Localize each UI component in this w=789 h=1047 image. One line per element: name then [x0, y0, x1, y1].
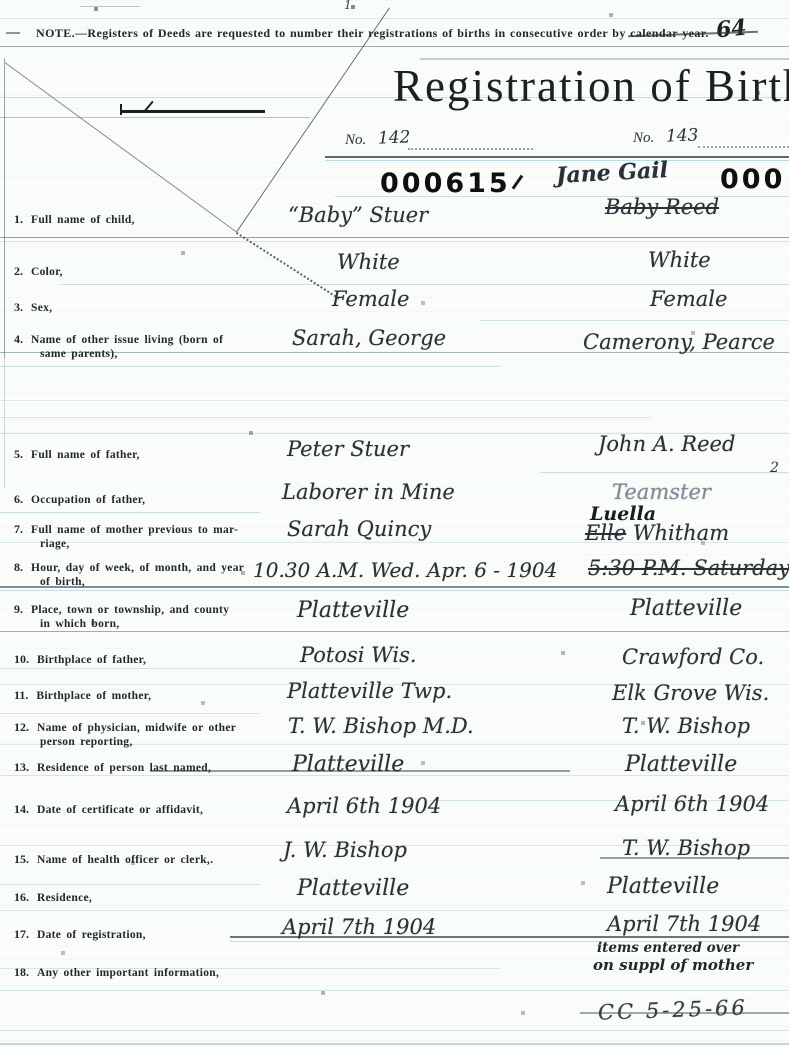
- scan-artifact: [325, 156, 789, 158]
- row-number: 7.: [14, 522, 23, 536]
- entry-other-issue-left: Sarah, George: [292, 326, 446, 350]
- row-label: Sex,: [31, 302, 52, 314]
- form-row-17: 17.Date of registration,: [14, 925, 276, 943]
- scan-artifact: [0, 910, 789, 911]
- entry-certificate-date-left: April 6th 1904: [287, 794, 441, 818]
- scan-specks: [0, 0, 2, 2]
- row-label: Color,: [31, 266, 63, 278]
- birth-registration-scan: 1 — NOTE.—Registers of Deeds are request…: [0, 0, 789, 1047]
- entry-birth-time-left: 10.30 A.M. Wed. Apr. 6 - 1904: [253, 558, 557, 582]
- row-label: Name of other issue living (born ofsame …: [14, 334, 276, 360]
- row-number: 12.: [14, 720, 29, 734]
- scan-artifact: [60, 284, 789, 285]
- form-row-11: 11.Birthplace of mother,: [14, 686, 276, 704]
- entry-mother-right: Elle Whitham: [585, 521, 729, 545]
- record-no-label-left: No.: [345, 132, 366, 149]
- row-label: Name of physician, midwife or otherperso…: [14, 722, 276, 748]
- handwritten-note-overlay: 64: [715, 14, 748, 43]
- entry-father-left: Peter Stuer: [287, 437, 409, 461]
- form-row-10: 10.Birthplace of father,: [14, 650, 276, 668]
- row-label: Date of registration,: [37, 929, 146, 941]
- row-number: 5.: [14, 447, 23, 461]
- entry-birthplace-right: Platteville: [630, 596, 742, 621]
- entry-physician-left: T. W. Bishop M.D.: [288, 714, 474, 738]
- scan-artifact: [0, 631, 789, 632]
- scan-artifact: [480, 320, 789, 321]
- pen-mark: [120, 110, 265, 113]
- entry-residence-named-left: Platteville: [292, 752, 404, 777]
- scan-artifact: [4, 58, 5, 358]
- entry-father-birthplace-left: Potosi Wis.: [300, 643, 417, 667]
- entry-health-officer-right: T. W. Bishop: [622, 836, 750, 860]
- entry-certificate-date-right: April 6th 1904: [615, 792, 769, 816]
- row-label: Residence of person last named,: [37, 762, 211, 774]
- entry-health-officer-left: J. W. Bishop: [283, 838, 407, 862]
- row-label: Place, town or township, and countyin wh…: [14, 604, 276, 630]
- form-row-13: 13.Residence of person last named,: [14, 758, 276, 776]
- row-number: 4.: [14, 332, 23, 346]
- row-number: 18.: [14, 965, 29, 979]
- note-dash: —: [6, 25, 20, 41]
- scan-artifact: [0, 366, 500, 367]
- form-row-15: 15.Name of health officer or clerk,.: [14, 850, 276, 868]
- scan-artifact: [325, 160, 789, 161]
- entry-occupation-right: Teamster: [612, 480, 711, 504]
- form-row-7: 7.Full name of mother previous to mar-ri…: [14, 520, 276, 550]
- entry-mother-birthplace-left: Platteville Twp.: [287, 679, 452, 703]
- row-label: Full name of mother previous to mar-riag…: [14, 524, 276, 550]
- scan-artifact: [540, 472, 789, 473]
- row-label: Residence,: [37, 892, 92, 904]
- row-label: Name of health officer or clerk,.: [37, 854, 213, 866]
- entry-occupation-left: Laborer in Mine: [282, 480, 455, 504]
- entry-father-birthplace-right: Crawford Co.: [622, 645, 764, 669]
- scan-artifact: [236, 7, 390, 231]
- form-row-3: 3.Sex,: [14, 298, 276, 316]
- form-row-12: 12.Name of physician, midwife or otherpe…: [14, 718, 276, 748]
- scan-artifact: [512, 175, 523, 190]
- entry-other-issue-right: Camerony, Pearce: [583, 330, 775, 354]
- record-no-right: 143: [666, 125, 699, 146]
- entry-child-name-left: “Baby” Stuer: [288, 203, 428, 227]
- entry-birth-time-right: 5:30 P.M. Saturday: [588, 556, 789, 580]
- entry-color-right: White: [648, 248, 711, 272]
- record-no-label-right: No.: [633, 130, 654, 147]
- entry-father-right: John A. Reed: [598, 432, 735, 456]
- form-row-1: 1.Full name of child,: [14, 210, 276, 228]
- archival-date-mark: CC 5-25-66: [598, 995, 749, 1024]
- form-row-9: 9.Place, town or township, and countyin …: [14, 600, 276, 630]
- entry-mother-birthplace-right: Elk Grove Wis.: [612, 681, 769, 705]
- serial-stamp-left: 000615: [380, 168, 511, 199]
- row-label: Any other important information,: [37, 967, 219, 979]
- form-row-18: 18.Any other important information,: [14, 963, 276, 981]
- scan-artifact: [0, 400, 789, 401]
- entry-registration-date-right: April 7th 1904: [607, 912, 761, 936]
- page-title: Registration of Births: [393, 60, 789, 112]
- row-label: Date of certificate or affidavit,: [37, 804, 203, 816]
- form-row-16: 16.Residence,: [14, 888, 276, 906]
- scan-artifact: [408, 147, 533, 150]
- form-row-5: 5.Full name of father,: [14, 445, 276, 463]
- scan-artifact: [0, 590, 789, 591]
- row-number: 1.: [14, 212, 23, 226]
- scan-artifact: [80, 6, 140, 7]
- scan-artifact: [0, 512, 260, 513]
- row-number: 16.: [14, 890, 29, 904]
- scan-artifact: [0, 241, 789, 242]
- entry-father-right-mark: 2: [770, 460, 779, 476]
- form-row-8: 8.Hour, day of week, of month, and yearo…: [14, 558, 276, 588]
- entry-residence-left: Platteville: [297, 876, 409, 901]
- entry-residence-right: Platteville: [607, 874, 719, 899]
- form-row-2: 2.Color,: [14, 262, 276, 280]
- scan-artifact: [0, 1043, 789, 1045]
- row-number: 17.: [14, 927, 29, 941]
- row-label: Hour, day of week, of month, and yearof …: [14, 562, 276, 588]
- row-number: 11.: [14, 688, 28, 702]
- entry-sex-left: Female: [332, 287, 409, 311]
- row-label: Full name of father,: [31, 449, 140, 461]
- entry-birthplace-left: Platteville: [297, 598, 409, 623]
- scan-artifact: [0, 18, 789, 19]
- entry-registration-date-left: April 7th 1904: [282, 915, 436, 939]
- row-number: 6.: [14, 492, 23, 506]
- row-label: Birthplace of mother,: [36, 690, 151, 702]
- record-no-left: 142: [378, 127, 411, 148]
- scan-artifact: [0, 990, 789, 991]
- entry-residence-named-right: Platteville: [625, 752, 737, 777]
- note-text: NOTE.—Registers of Deeds are requested t…: [36, 26, 709, 41]
- scan-artifact: [4, 358, 5, 488]
- row-label: Birthplace of father,: [37, 654, 146, 666]
- row-number: 3.: [14, 300, 23, 314]
- scan-artifact: [0, 46, 789, 47]
- entry-sex-right: Female: [650, 287, 727, 311]
- entry-color-left: White: [337, 250, 400, 274]
- form-row-4: 4.Name of other issue living (born ofsam…: [14, 330, 276, 360]
- row-number: 2.: [14, 264, 23, 278]
- child-name-annotation: Jane Gail: [555, 157, 668, 189]
- form-row-6: 6.Occupation of father,: [14, 490, 276, 508]
- scan-artifact: [4, 62, 237, 233]
- scan-artifact: [0, 668, 400, 669]
- entry-registration-note-2: on suppl of mother: [593, 956, 753, 974]
- entry-mother-left: Sarah Quincy: [287, 517, 431, 541]
- form-row-14: 14.Date of certificate or affidavit,: [14, 800, 276, 818]
- entry-child-name-right: Baby Reed: [605, 195, 719, 219]
- row-number: 15.: [14, 852, 29, 866]
- corner-mark: 1: [344, 0, 352, 12]
- row-number: 13.: [14, 760, 29, 774]
- scan-artifact: [120, 104, 122, 115]
- row-number: 9.: [14, 602, 23, 616]
- row-label: Full name of child,: [31, 214, 135, 226]
- scan-artifact: [0, 884, 260, 885]
- row-number: 14.: [14, 802, 29, 816]
- entry-physician-right: T. W. Bishop: [622, 714, 750, 738]
- scan-artifact: [0, 713, 260, 714]
- serial-stamp-right: 000: [720, 164, 785, 195]
- scan-artifact: [0, 237, 789, 238]
- scan-artifact: [0, 417, 650, 418]
- scan-artifact: [0, 117, 310, 118]
- scan-artifact: [0, 1030, 789, 1031]
- scan-artifact: [698, 145, 789, 148]
- row-label: Occupation of father,: [31, 494, 145, 506]
- row-number: 10.: [14, 652, 29, 666]
- entry-registration-note-1: items entered over: [597, 940, 739, 956]
- row-number: 8.: [14, 560, 23, 574]
